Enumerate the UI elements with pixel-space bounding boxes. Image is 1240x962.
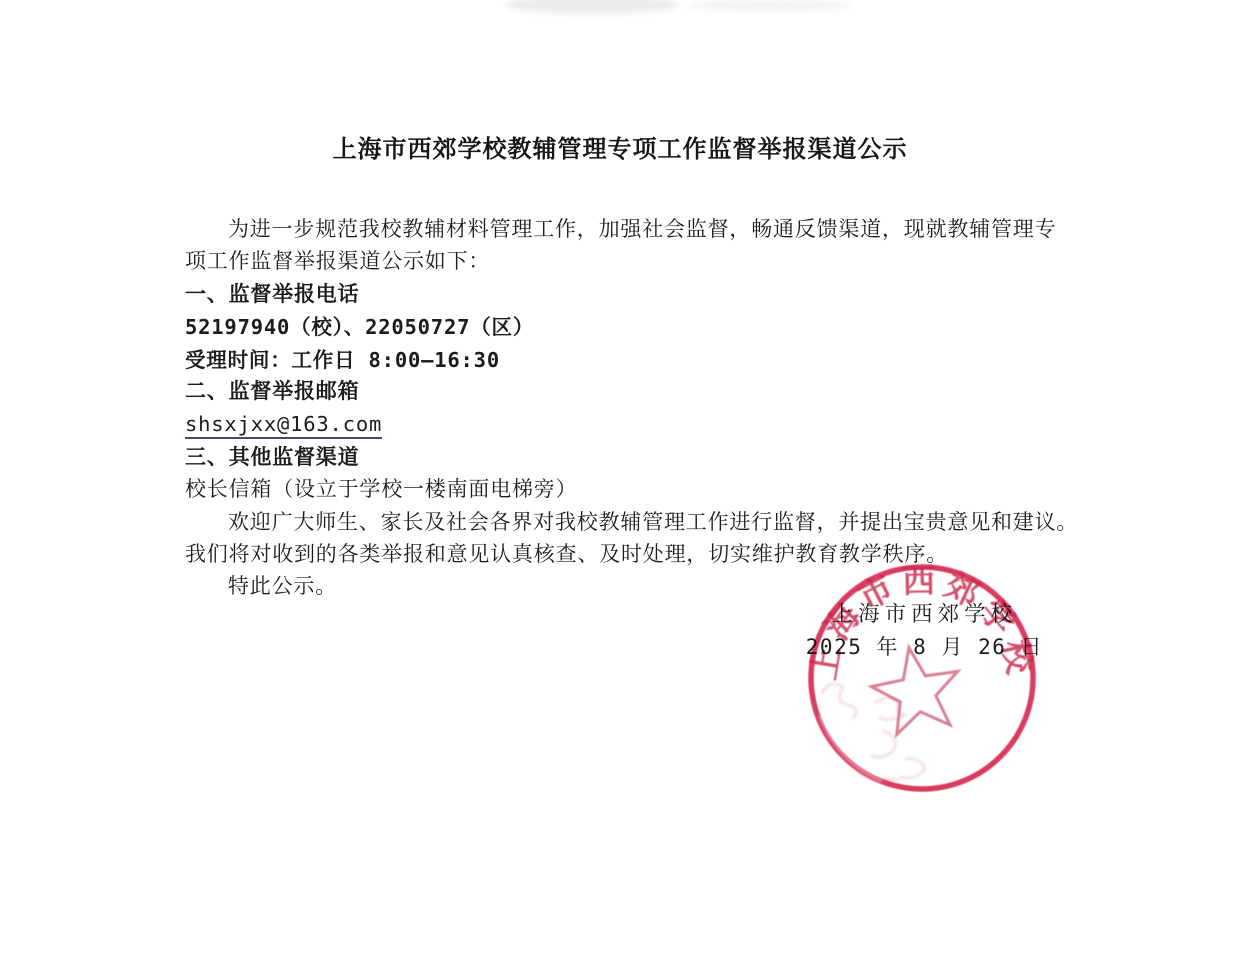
document-body: 为进一步规范我校教辅材料管理工作，加强社会监督，畅通反馈渠道，现就教辅管理专 项…	[185, 214, 1055, 604]
signature-date: 2025 年 8 月 26 日	[806, 631, 1043, 664]
intro-line-1: 为进一步规范我校教辅材料管理工作，加强社会监督，畅通反馈渠道，现就教辅管理专	[185, 214, 1055, 246]
section1-heading: 一、监督举报电话	[185, 279, 1055, 311]
intro-line-2: 项工作监督举报渠道公示如下：	[185, 246, 1055, 278]
email-link[interactable]: shsxjxx@163.com	[185, 412, 382, 439]
closing-line-2: 我们将对收到的各类举报和意见认真核查、及时处理，切实维护教育教学秩序。	[185, 539, 1055, 571]
seal-ghost-marks	[821, 684, 925, 779]
signature-area: 上海市西郊学校 2025 年 8 月 26 日	[185, 604, 1055, 664]
phone-numbers-line: 52197940（校）、22050727（区）	[185, 311, 1055, 343]
principal-mailbox-line: 校长信箱（设立于学校一楼南面电梯旁）	[185, 474, 1055, 506]
section2-heading: 二、监督举报邮箱	[185, 376, 1055, 408]
signature-block: 上海市西郊学校 2025 年 8 月 26 日	[806, 598, 1043, 664]
signature-org: 上海市西郊学校	[806, 598, 1043, 631]
document-page: 上海市西郊学校教辅管理专项工作监督举报渠道公示 为进一步规范我校教辅材料管理工作…	[0, 0, 1240, 962]
closing-line-1: 欢迎广大师生、家长及社会各界对我校教辅管理工作进行监督，并提出宝贵意见和建议。	[185, 507, 1055, 539]
office-hours-line: 受理时间：工作日 8:00—16:30	[185, 344, 1055, 376]
document-title: 上海市西郊学校教辅管理专项工作监督举报渠道公示	[0, 0, 1240, 169]
section3-heading: 三、其他监督渠道	[185, 442, 1055, 474]
seal-ring-fade	[820, 715, 882, 781]
